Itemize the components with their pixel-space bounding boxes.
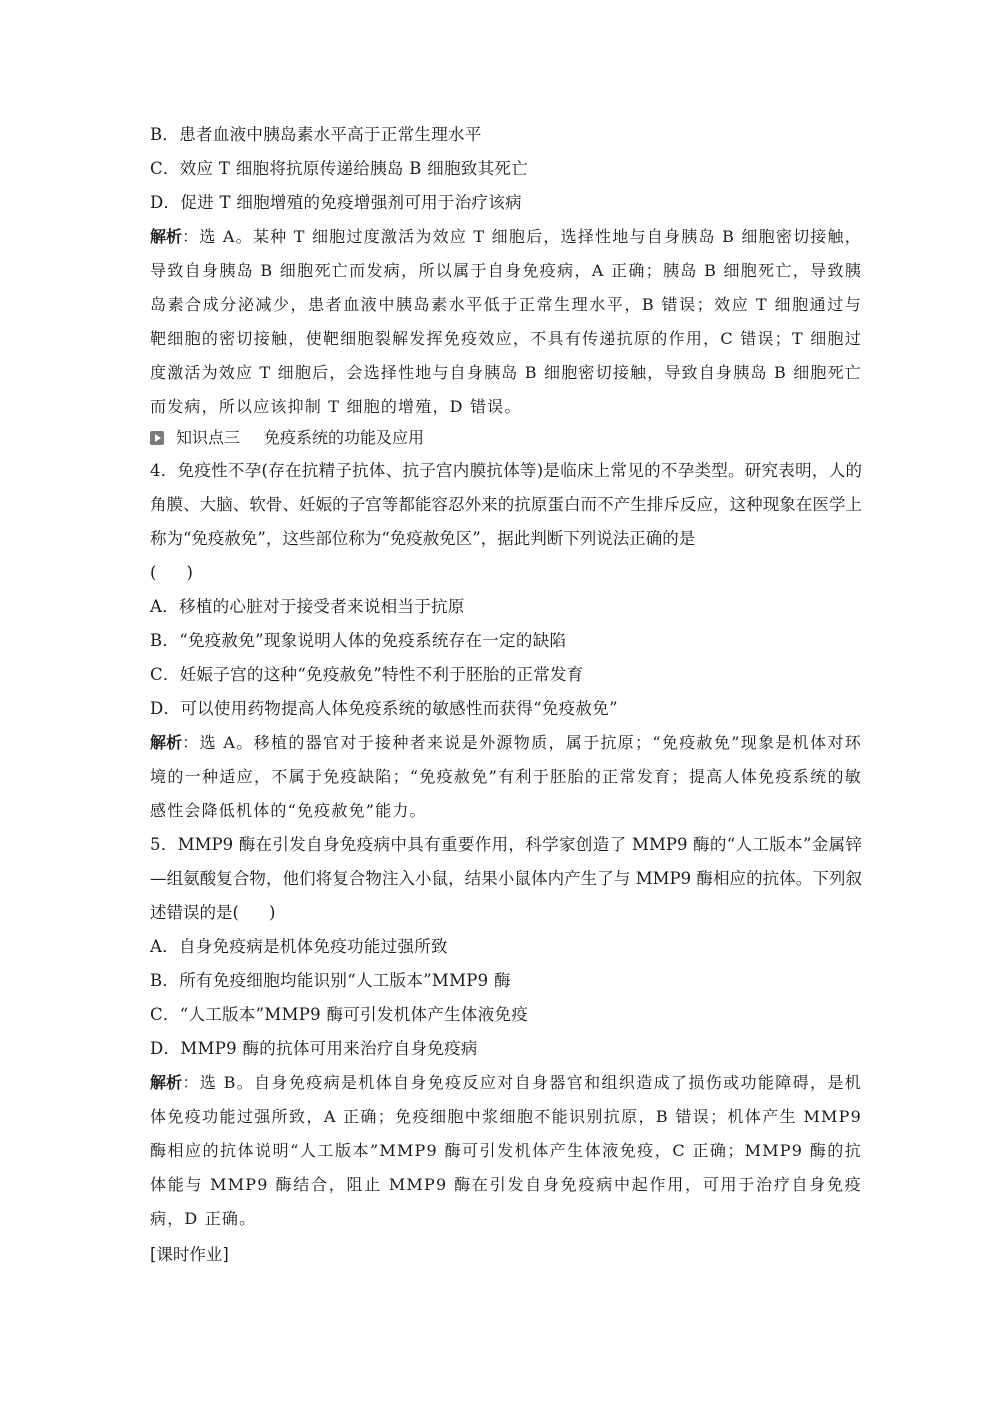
analysis-label: 解析: [150, 227, 182, 246]
q5-blank-open: (: [233, 903, 239, 922]
q3-option-d: D．促进 T 细胞增殖的免疫增强剂可用于治疗该病: [150, 186, 862, 220]
q5-stem-text: 5．MMP9 酶在引发自身免疫病中具有重要作用，科学家创造了 MMP9 酶的“人…: [150, 835, 862, 922]
analysis-text: ：选 B。自身免疫病是机体自身免疫反应对自身器官和组织造成了损伤或功能障碍，是机…: [150, 1073, 862, 1228]
document-page: B．患者血液中胰岛素水平高于正常生理水平 C．效应 T 细胞将抗原传递给胰岛 B…: [150, 118, 862, 1272]
analysis-text: ：选 A。某种 T 细胞过度激活为效应 T 细胞后，选择性地与自身胰岛 B 细胞…: [150, 227, 862, 416]
q4-option-d: D．可以使用药物提高人体免疫系统的敏感性而获得“免疫赦免”: [150, 692, 862, 726]
section-number: 知识点三: [176, 424, 240, 452]
q4-option-a: A．移植的心脏对于接受者来说相当于抗原: [150, 590, 862, 624]
q4-stem: 4．免疫性不孕(存在抗精子抗体、抗子宫内膜抗体等)是临床上常见的不孕类型。研究表…: [150, 454, 862, 590]
section-title: 免疫系统的功能及应用: [264, 424, 424, 452]
q3-analysis: 解析：选 A。某种 T 细胞过度激活为效应 T 细胞后，选择性地与自身胰岛 B …: [150, 220, 862, 424]
q5-analysis: 解析：选 B。自身免疫病是机体自身免疫反应对自身器官和组织造成了损伤或功能障碍，…: [150, 1066, 862, 1236]
q4-blank-open: (: [150, 563, 156, 582]
section-heading: 知识点三 免疫系统的功能及应用: [150, 424, 862, 452]
q3-option-c: C．效应 T 细胞将抗原传递给胰岛 B 细胞致其死亡: [150, 152, 862, 186]
q5-blank-close: ): [269, 903, 275, 922]
q5-stem: 5．MMP9 酶在引发自身免疫病中具有重要作用，科学家创造了 MMP9 酶的“人…: [150, 828, 862, 930]
play-marker-icon: [150, 431, 164, 445]
q5-option-d: D．MMP9 酶的抗体可用来治疗自身免疫病: [150, 1032, 862, 1066]
analysis-label: 解析: [150, 733, 182, 752]
homework-heading: [课时作业]: [150, 1238, 862, 1272]
q4-analysis: 解析：选 A。移植的器官对于接种者来说是外源物质，属于抗原；“免疫赦免”现象是机…: [150, 726, 862, 828]
q4-option-b: B．“免疫赦免”现象说明人体的免疫系统存在一定的缺陷: [150, 624, 862, 658]
q3-option-b: B．患者血液中胰岛素水平高于正常生理水平: [150, 118, 862, 152]
q4-stem-text: 4．免疫性不孕(存在抗精子抗体、抗子宫内膜抗体等)是临床上常见的不孕类型。研究表…: [150, 461, 862, 548]
analysis-text: ：选 A。移植的器官对于接种者来说是外源物质，属于抗原；“免疫赦免”现象是机体对…: [150, 733, 862, 820]
analysis-label: 解析: [150, 1073, 182, 1092]
q5-option-a: A．自身免疫病是机体免疫功能过强所致: [150, 930, 862, 964]
q4-option-c: C．妊娠子宫的这种“免疫赦免”特性不利于胚胎的正常发育: [150, 658, 862, 692]
q5-option-c: C．“人工版本”MMP9 酶可引发机体产生体液免疫: [150, 998, 862, 1032]
q4-blank-close: ): [186, 563, 192, 582]
q5-option-b: B．所有免疫细胞均能识别“人工版本”MMP9 酶: [150, 964, 862, 998]
